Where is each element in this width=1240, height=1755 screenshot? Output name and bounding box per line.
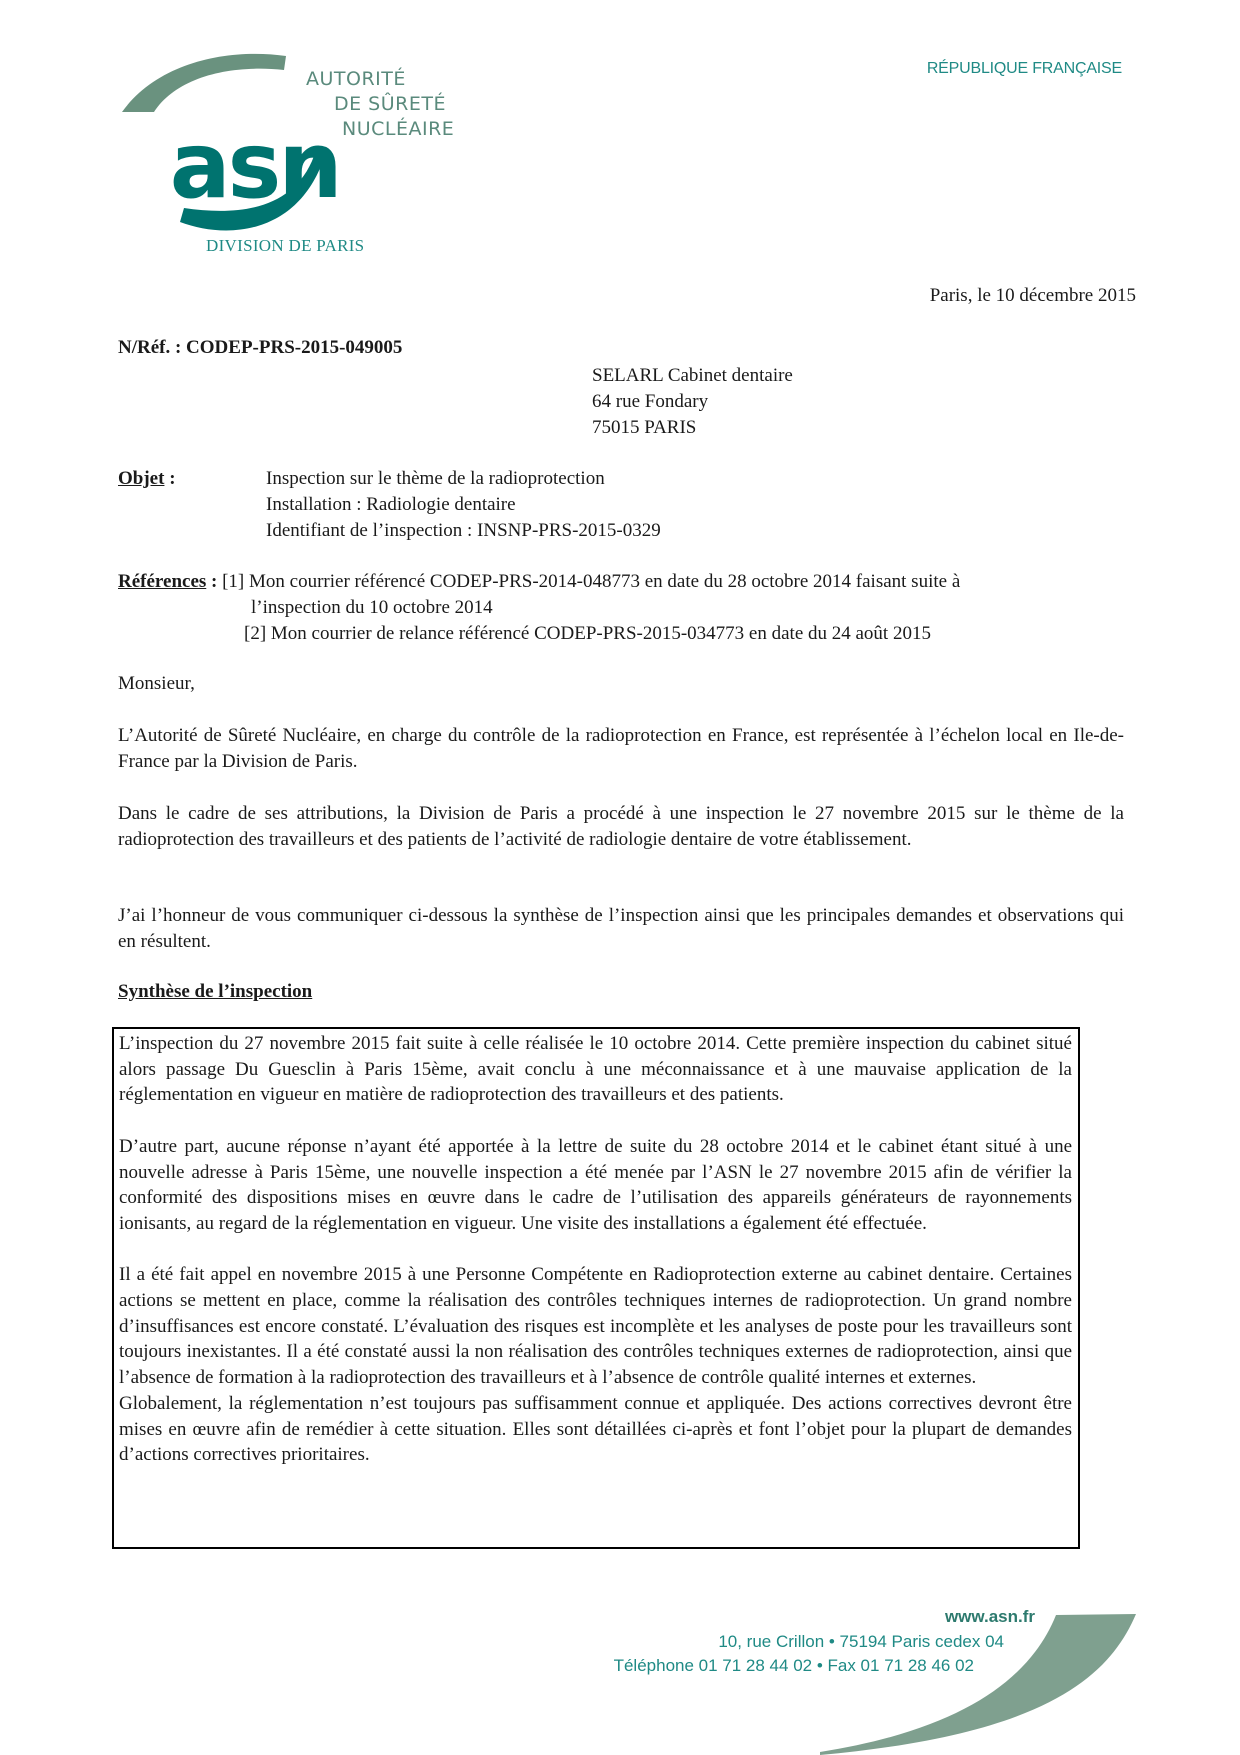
footer-phone: Téléphone 01 71 28 44 02 • Fax 01 71 28 …	[614, 1656, 974, 1676]
footer-website-link[interactable]: www.asn.fr	[945, 1607, 1035, 1627]
footer-swoosh-icon	[0, 0, 1240, 1755]
footer-address: 10, rue Crillon • 75194 Paris cedex 04	[718, 1632, 1004, 1652]
